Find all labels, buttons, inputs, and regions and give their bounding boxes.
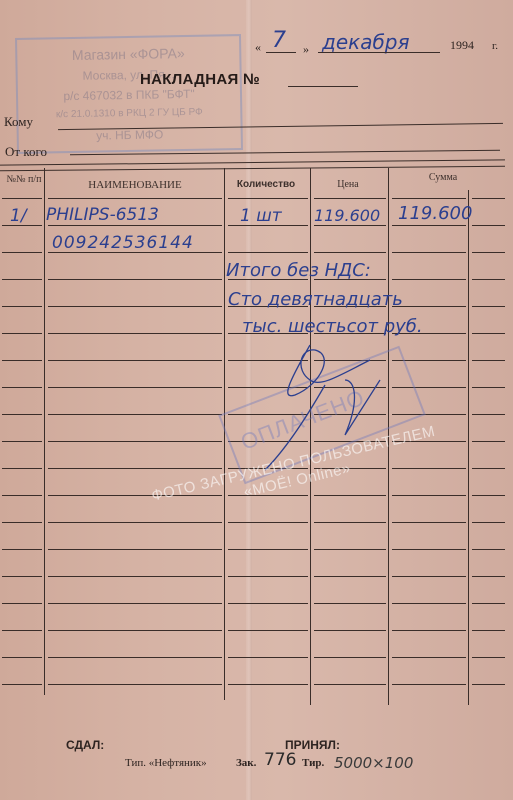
row-divider [472,441,505,442]
row-divider [2,441,42,442]
row-divider [48,198,222,199]
run-label: Тир. [302,757,324,769]
row-divider [2,198,42,199]
total-note-line3: тыс. шестьсот руб. [242,316,423,337]
row-divider [228,657,308,658]
to-label: Кому [4,114,33,130]
row-divider [392,279,466,280]
row-divider [48,468,222,469]
from-field-line-2 [0,159,505,165]
row-divider [2,684,42,685]
row-divider [472,468,505,469]
row-divider [472,522,505,523]
row-divider [314,522,386,523]
row-divider [392,198,466,199]
row-divider [228,252,308,253]
row-divider [472,576,505,577]
row-divider [48,630,222,631]
shop-stamp: Магазин «ФОРА» Москва, ул. Пя... р/с 467… [15,34,243,154]
row-divider [314,576,386,577]
row-divider [472,306,505,307]
row-divider [2,630,42,631]
row-divider [314,252,386,253]
handed-label: СДАЛ: [66,738,104,752]
row-divider [48,279,222,280]
row-divider [2,576,42,577]
date-day-line [266,52,296,53]
row-divider [392,495,466,496]
row-divider [472,603,505,604]
row1-quantity: 1 шт [240,206,282,226]
order-label: Зак. [236,757,256,769]
row-divider [48,603,222,604]
row-divider [48,522,222,523]
row-divider [314,495,386,496]
row-divider [2,522,42,523]
row-divider [48,225,222,226]
print-type: Тип. «Нефтяник» [125,757,207,769]
row-divider [2,387,42,388]
document-title: НАКЛАДНАЯ № [140,71,260,88]
row-divider [48,576,222,577]
row-divider [228,603,308,604]
row1-num: 1/ [10,206,27,226]
header-num: №№ п/п [6,174,42,185]
date-year: 1994 [450,38,474,53]
row-divider [314,549,386,550]
row-divider [2,279,42,280]
row-divider [48,657,222,658]
row-divider [48,414,222,415]
row-divider [228,576,308,577]
row-divider [48,387,222,388]
row-divider [392,549,466,550]
row-divider [2,414,42,415]
row-divider [2,468,42,469]
row-divider [228,630,308,631]
column-divider [468,190,469,705]
order-number: 776 [264,750,296,770]
row-divider [48,360,222,361]
row-divider [472,414,505,415]
table-top-border [0,166,505,171]
row-divider [472,549,505,550]
row-divider [48,306,222,307]
run-value: 5000×100 [334,754,413,772]
row-divider [314,225,386,226]
row-divider [472,495,505,496]
row-divider [392,225,466,226]
row2-serial: 009242536144 [52,233,194,253]
row-divider [472,252,505,253]
row-divider [392,630,466,631]
row-divider [48,684,222,685]
row-divider [472,657,505,658]
row-divider [48,441,222,442]
column-divider [44,168,45,695]
row-divider [228,684,308,685]
invoice-number [288,86,358,87]
from-label: От кого [5,144,47,160]
row-divider [392,603,466,604]
row-divider [2,657,42,658]
row-divider [472,630,505,631]
row-divider [472,279,505,280]
row-divider [392,306,466,307]
total-note-line1: Итого без НДС: [226,260,371,281]
row-divider [2,495,42,496]
date-close-quote: » [303,42,309,57]
row-divider [314,198,386,199]
row-divider [392,522,466,523]
row-divider [392,684,466,685]
row-divider [314,630,386,631]
row-divider [314,603,386,604]
row1-sum: 119.600 [398,203,472,224]
row-divider [392,252,466,253]
stamp-shop-name: Магазин «ФОРА» [17,44,239,64]
date-suffix: г. [492,40,498,52]
row-divider [472,333,505,334]
row-divider [472,198,505,199]
row-divider [2,360,42,361]
row-divider [228,549,308,550]
row-divider [472,360,505,361]
row-divider [2,603,42,604]
row-divider [228,522,308,523]
header-quantity: Количество [224,179,308,190]
row-divider [392,576,466,577]
date-day: 7 [272,28,286,53]
stamp-account: р/с 467032 в ПКБ "БФТ" [18,86,240,104]
row-divider [392,657,466,658]
date-month: декабря [322,30,410,54]
total-note-line2: Сто девятнадцать [228,289,403,310]
header-sum: Сумма [388,172,498,183]
row-divider [472,387,505,388]
row1-name: PHILIPS-6513 [46,205,159,225]
row-divider [472,225,505,226]
row-divider [2,306,42,307]
row1-price: 119.600 [314,206,380,225]
row-divider [228,198,308,199]
row-divider [314,657,386,658]
row-divider [2,549,42,550]
row-divider [2,333,42,334]
header-name: НАИМЕНОВАНИЕ [50,179,220,191]
header-price: Цена [312,179,384,190]
stamp-corr-account: к/с 21.0.1310 в РКЦ 2 ГУ ЦБ РФ [18,106,240,121]
date-month-line [318,52,440,53]
row-divider [2,252,42,253]
row-divider [472,684,505,685]
date-open-quote: « [255,40,261,55]
row-divider [48,333,222,334]
row-divider [314,684,386,685]
row-divider [48,549,222,550]
